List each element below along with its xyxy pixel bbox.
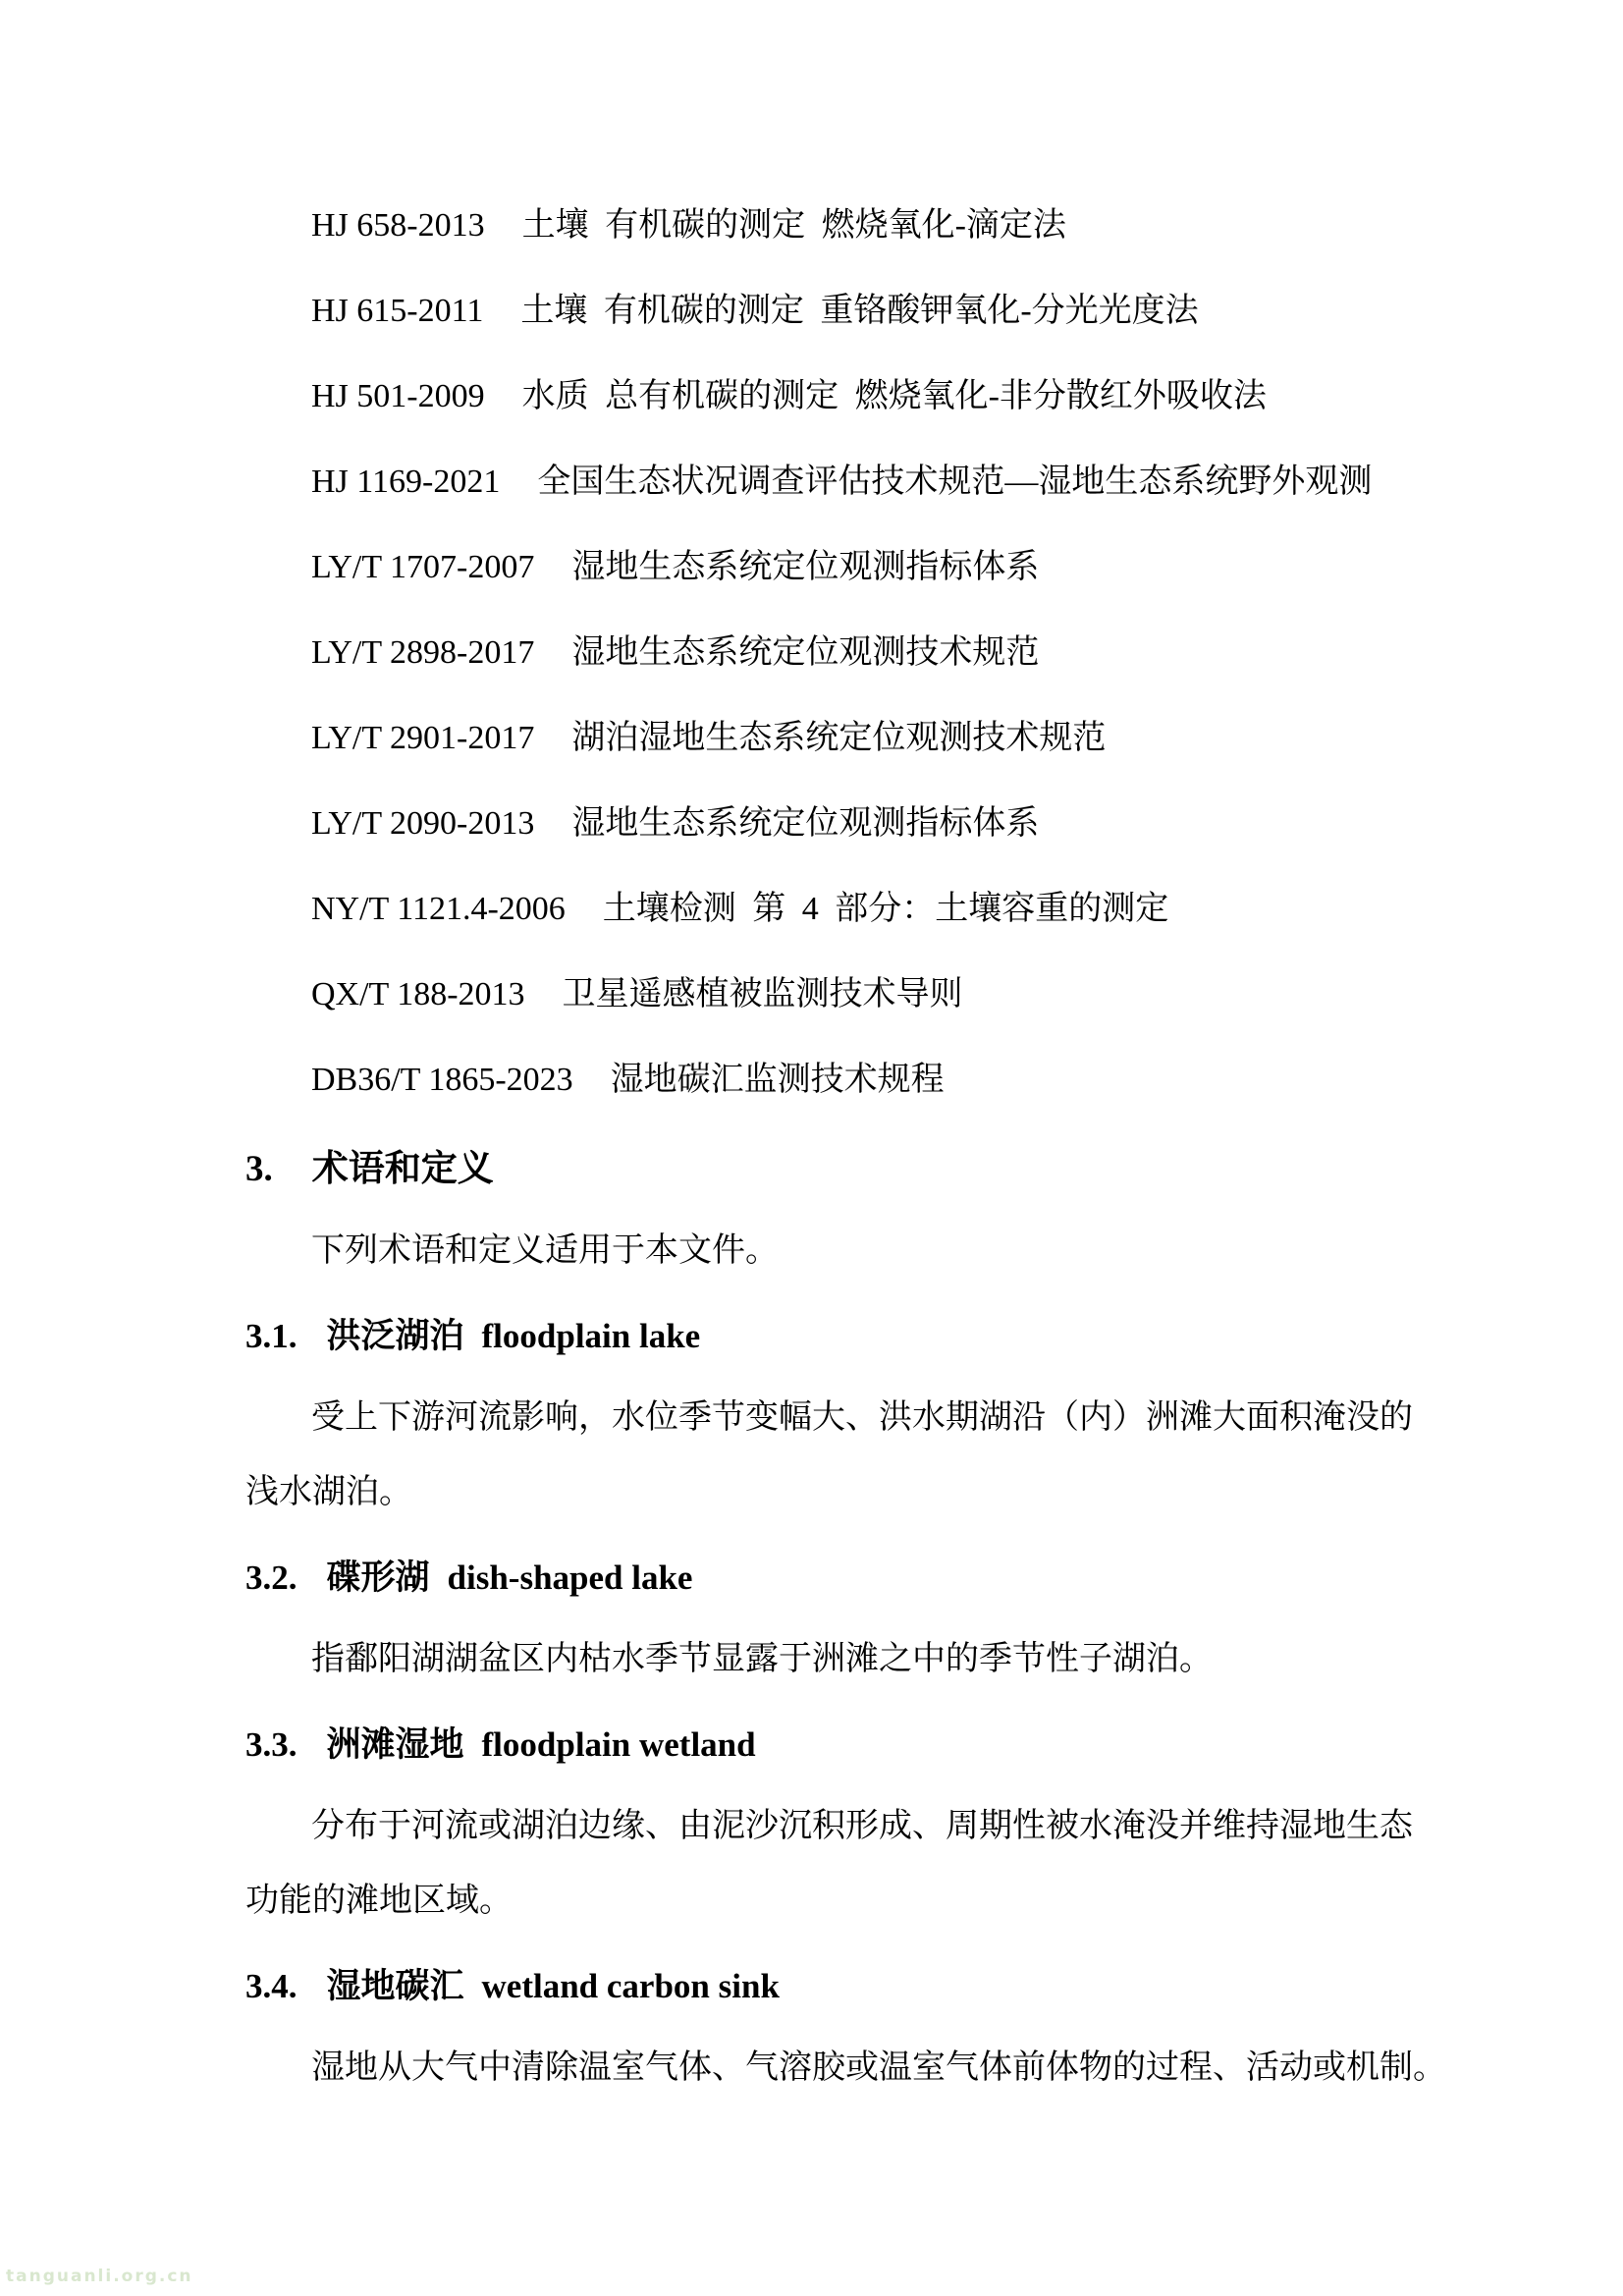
watermark: tanguanli.org.cn (6, 2267, 193, 2286)
standard-item: HJ 615-2011土壤 有机碳的测定 重铬酸钾氧化-分光光度法 (245, 294, 1427, 329)
definition-line: 功能的滩地区域。 (245, 1884, 1427, 1919)
standard-title: 水质 总有机碳的测定 燃烧氧化-非分散红外吸收法 (522, 378, 1267, 414)
term-heading-3-3: 3.3.洲滩湿地floodplain wetland (245, 1724, 1427, 1766)
standard-code: LY/T 2901-2017 (311, 720, 534, 756)
standard-code: LY/T 2090-2013 (311, 805, 534, 842)
definition-line: 浅水湖泊。 (245, 1475, 1427, 1510)
intro-paragraph: 下列术语和定义适用于本文件。 (245, 1233, 1427, 1269)
standard-item: HJ 501-2009水质 总有机碳的测定 燃烧氧化-非分散红外吸收法 (245, 379, 1427, 414)
definition-line: 指鄱阳湖湖盆区内枯水季节显露于洲滩之中的季节性子湖泊。 (245, 1642, 1427, 1677)
term-zh: 湿地碳汇 (327, 1967, 464, 2005)
standard-item: NY/T 1121.4-2006土壤检测 第 4 部分：土壤容重的测定 (245, 892, 1427, 927)
term-en: floodplain wetland (482, 1725, 756, 1764)
standard-code: HJ 615-2011 (311, 293, 483, 329)
standard-title: 湿地生态系统定位观测指标体系 (571, 549, 1039, 585)
standard-code: HJ 658-2013 (311, 207, 485, 244)
standard-title: 土壤 有机碳的测定 重铬酸钾氧化-分光光度法 (520, 293, 1198, 329)
term-zh: 洪泛湖泊 (327, 1317, 464, 1355)
definition-line: 湿地从大气中清除温室气体、气溶胶或温室气体前体物的过程、活动或机制。 (245, 2050, 1427, 2086)
term-number: 3.2. (245, 1558, 298, 1597)
document-page: HJ 658-2013土壤 有机碳的测定 燃烧氧化-滴定法 HJ 615-201… (0, 0, 1623, 2296)
term-zh: 碟形湖 (327, 1558, 430, 1597)
standard-code: QX/T 188-2013 (311, 976, 525, 1012)
standard-item: LY/T 2901-2017湖泊湿地生态系统定位观测技术规范 (245, 721, 1427, 756)
term-number: 3.1. (245, 1317, 298, 1355)
standard-title: 土壤 有机碳的测定 燃烧氧化-滴定法 (522, 207, 1066, 244)
term-en: wetland carbon sink (482, 1967, 780, 2005)
standard-title: 湿地生态系统定位观测技术规范 (571, 634, 1039, 671)
standard-code: LY/T 2898-2017 (311, 634, 534, 671)
section-heading-terms-and-definitions: 3.术语和定义 (245, 1148, 1427, 1190)
standard-title: 土壤检测 第 4 部分：土壤容重的测定 (603, 891, 1169, 927)
standard-item: HJ 658-2013土壤 有机碳的测定 燃烧氧化-滴定法 (245, 208, 1427, 244)
document-content: HJ 658-2013土壤 有机碳的测定 燃烧氧化-滴定法 HJ 615-201… (0, 0, 1623, 2086)
definition-line: 受上下游河流影响，水位季节变幅大、洪水期湖沿（内）洲滩大面积淹没的 (245, 1400, 1427, 1436)
term-heading-3-1: 3.1.洪泛湖泊floodplain lake (245, 1316, 1427, 1357)
section-title: 术语和定义 (312, 1148, 494, 1188)
standard-item: DB36/T 1865-2023湿地碳汇监测技术规程 (245, 1063, 1427, 1098)
standard-item: HJ 1169-2021全国生态状况调查评估技术规范—湿地生态系统野外观测 (245, 465, 1427, 500)
standard-code: NY/T 1121.4-2006 (311, 891, 566, 927)
term-number: 3.4. (245, 1967, 298, 2005)
standard-item: LY/T 2898-2017湿地生态系统定位观测技术规范 (245, 635, 1427, 671)
standard-item: LY/T 1707-2007湿地生态系统定位观测指标体系 (245, 550, 1427, 585)
term-heading-3-4: 3.4.湿地碳汇wetland carbon sink (245, 1966, 1427, 2007)
term-zh: 洲滩湿地 (327, 1725, 464, 1764)
term-heading-3-2: 3.2.碟形湖dish-shaped lake (245, 1558, 1427, 1599)
term-en: floodplain lake (482, 1317, 701, 1355)
intro-line: 下列术语和定义适用于本文件。 (245, 1233, 1427, 1269)
term-en: dish-shaped lake (448, 1558, 693, 1597)
term-definition-3-2: 指鄱阳湖湖盆区内枯水季节显露于洲滩之中的季节性子湖泊。 (245, 1642, 1427, 1677)
standard-title: 卫星遥感植被监测技术导则 (563, 976, 963, 1012)
standard-code: HJ 501-2009 (311, 378, 485, 414)
term-number: 3.3. (245, 1725, 298, 1764)
standard-title: 湿地生态系统定位观测指标体系 (571, 805, 1039, 842)
standard-title: 全国生态状况调查评估技术规范—湿地生态系统野外观测 (537, 464, 1372, 500)
term-definition-3-3: 分布于河流或湖泊边缘、由泥沙沉积形成、周期性被水淹没并维持湿地生态 功能的滩地区… (245, 1809, 1427, 1919)
standard-title: 湿地碳汇监测技术规程 (611, 1062, 945, 1098)
definition-line: 分布于河流或湖泊边缘、由泥沙沉积形成、周期性被水淹没并维持湿地生态 (245, 1809, 1427, 1844)
standard-title: 湖泊湿地生态系统定位观测技术规范 (571, 720, 1106, 756)
term-definition-3-1: 受上下游河流影响，水位季节变幅大、洪水期湖沿（内）洲滩大面积淹没的 浅水湖泊。 (245, 1400, 1427, 1510)
section-number: 3. (245, 1149, 273, 1189)
standard-code: HJ 1169-2021 (311, 464, 500, 500)
standard-code: DB36/T 1865-2023 (311, 1062, 573, 1098)
standard-item: LY/T 2090-2013湿地生态系统定位观测指标体系 (245, 806, 1427, 842)
standard-item: QX/T 188-2013卫星遥感植被监测技术导则 (245, 977, 1427, 1012)
standard-code: LY/T 1707-2007 (311, 549, 534, 585)
term-definition-3-4: 湿地从大气中清除温室气体、气溶胶或温室气体前体物的过程、活动或机制。 (245, 2050, 1427, 2086)
